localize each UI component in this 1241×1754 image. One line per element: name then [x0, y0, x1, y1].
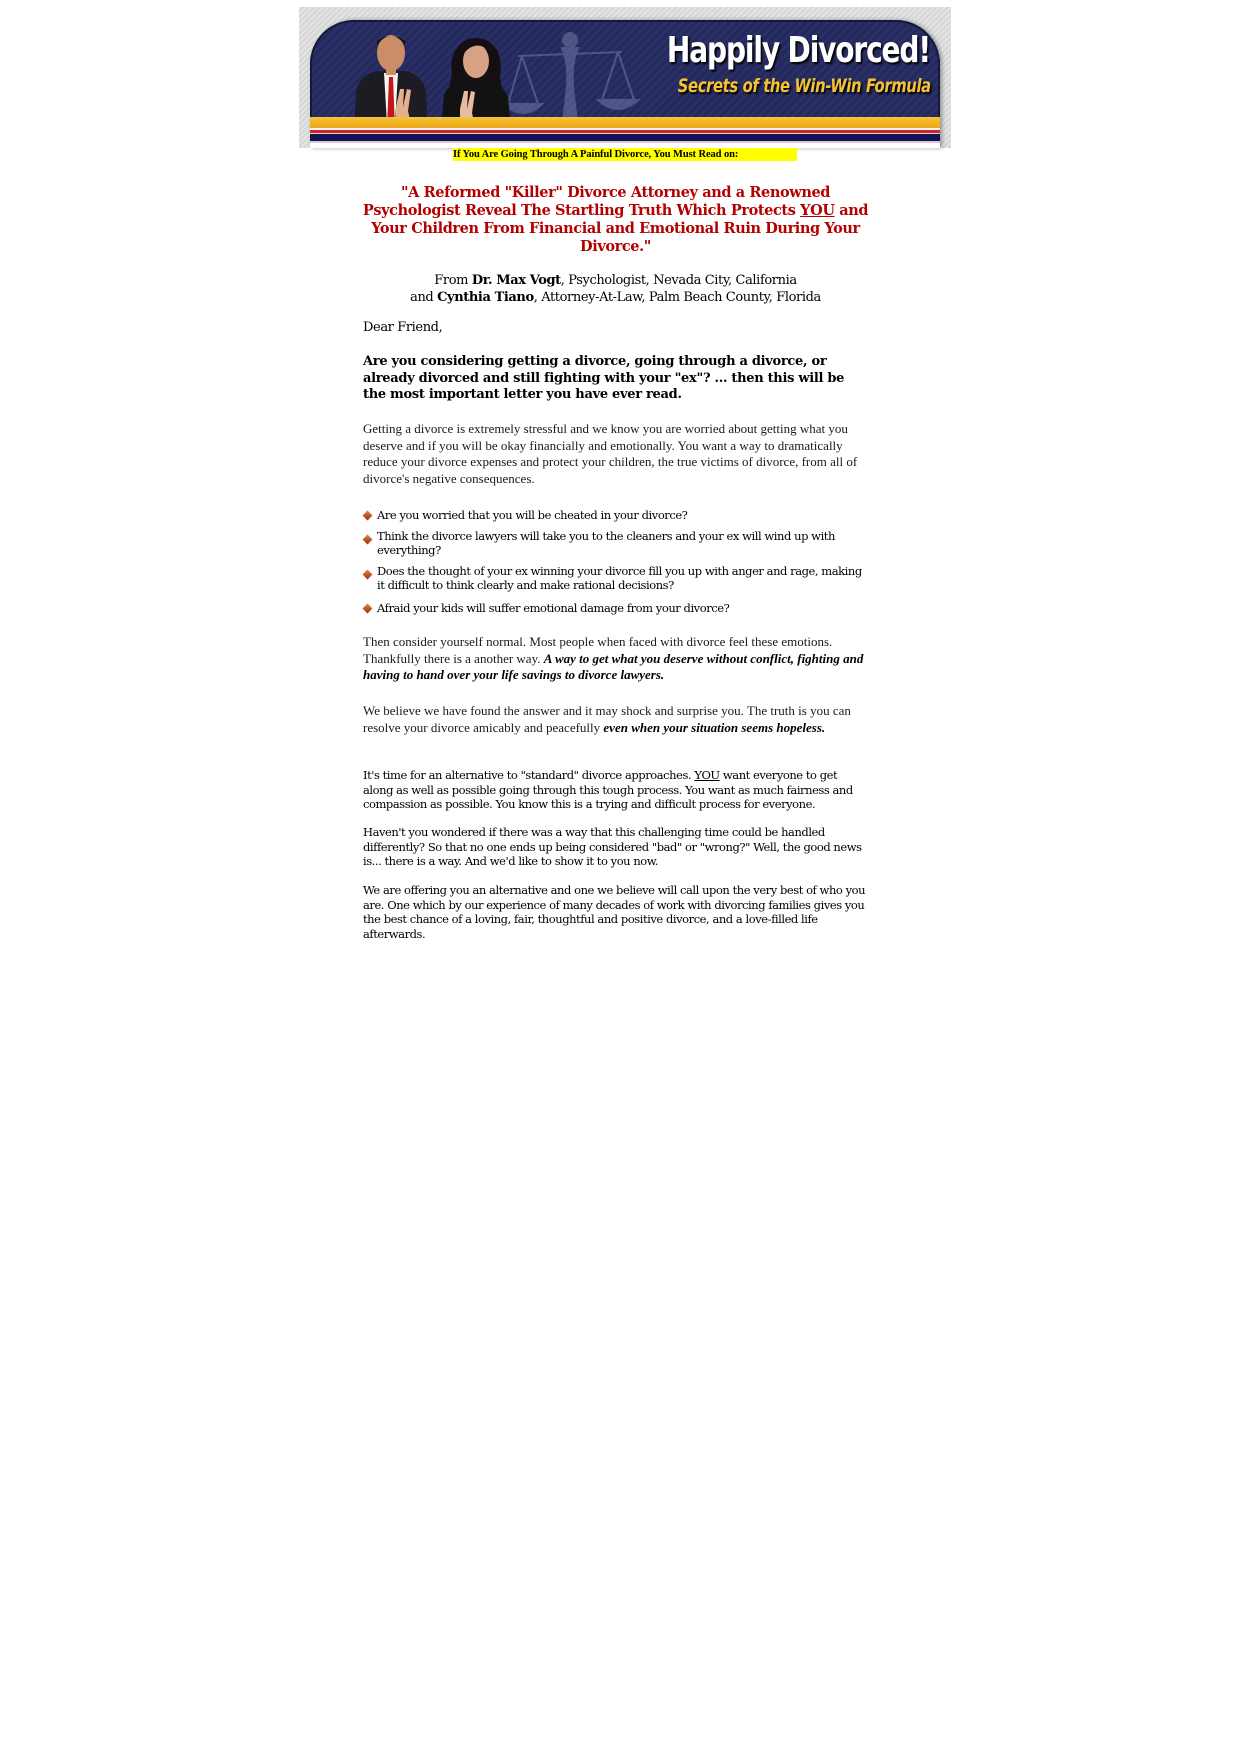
- alternative-paragraph: It's time for an alternative to "standar…: [363, 768, 868, 812]
- author-2-description: , Attorney-At-Law, Palm Beach County, Fl…: [534, 290, 821, 305]
- headline-text-part1: "A Reformed "Killer" Divorce Attorney an…: [363, 184, 830, 219]
- paragraph-text: It's time for an alternative to "standar…: [363, 768, 694, 782]
- diamond-bullet-icon: [363, 534, 373, 544]
- author-1-name: Dr. Max Vogt: [472, 273, 561, 288]
- offering-paragraph: We are offering you an alternative and o…: [363, 883, 868, 941]
- normal-paragraph: Then consider yourself normal. Most peop…: [363, 634, 868, 684]
- from-line-1: From Dr. Max Vogt, Psychologist, Nevada …: [363, 272, 868, 289]
- from-prefix: From: [434, 273, 472, 288]
- and-prefix: and: [410, 290, 437, 305]
- paragraph-emphasis: even when your situation seems hopeless.: [603, 720, 825, 735]
- paragraph-emphasis: YOU: [694, 768, 719, 782]
- header-panel: Happily Divorced! Secrets of the Win-Win…: [310, 20, 940, 148]
- brand-subtitle: Secrets of the Win-Win Formula: [678, 75, 918, 97]
- list-item-text: Afraid your kids will suffer emotional d…: [377, 601, 729, 615]
- notice-bar: If You Are Going Through A Painful Divor…: [453, 148, 797, 161]
- header-banner: Happily Divorced! Secrets of the Win-Win…: [299, 7, 951, 148]
- from-block: From Dr. Max Vogt, Psychologist, Nevada …: [363, 272, 868, 306]
- stripe-yellow: [310, 117, 940, 128]
- concerns-list: Are you worried that you will be cheated…: [363, 508, 868, 615]
- from-line-2: and Cynthia Tiano, Attorney-At-Law, Palm…: [363, 289, 868, 306]
- diamond-bullet-icon: [363, 603, 373, 613]
- headline: "A Reformed "Killer" Divorce Attorney an…: [357, 184, 874, 256]
- headline-emphasis: YOU: [800, 202, 834, 219]
- wondered-paragraph: Haven't you wondered if there was a way …: [363, 825, 868, 869]
- answer-paragraph: We believe we have found the answer and …: [363, 703, 868, 736]
- brand-title: Happily Divorced!: [665, 30, 930, 71]
- list-item: Think the divorce lawyers will take you …: [363, 529, 868, 558]
- diamond-bullet-icon: [363, 569, 373, 579]
- list-item-text: Does the thought of your ex winning your…: [377, 564, 862, 593]
- author-2-name: Cynthia Tiano: [437, 290, 534, 305]
- stripe-navy: [310, 134, 940, 141]
- list-item: Are you worried that you will be cheated…: [363, 508, 868, 523]
- list-item: Does the thought of your ex winning your…: [363, 564, 868, 593]
- lead-question: Are you considering getting a divorce, g…: [363, 354, 863, 404]
- diamond-bullet-icon: [363, 511, 373, 521]
- list-item-text: Are you worried that you will be cheated…: [377, 508, 687, 522]
- author-1-description: , Psychologist, Nevada City, California: [561, 273, 797, 288]
- list-item-text: Think the divorce lawyers will take you …: [377, 529, 835, 558]
- intro-paragraph: Getting a divorce is extremely stressful…: [363, 421, 868, 487]
- list-item: Afraid your kids will suffer emotional d…: [363, 601, 868, 616]
- salutation: Dear Friend,: [363, 319, 442, 336]
